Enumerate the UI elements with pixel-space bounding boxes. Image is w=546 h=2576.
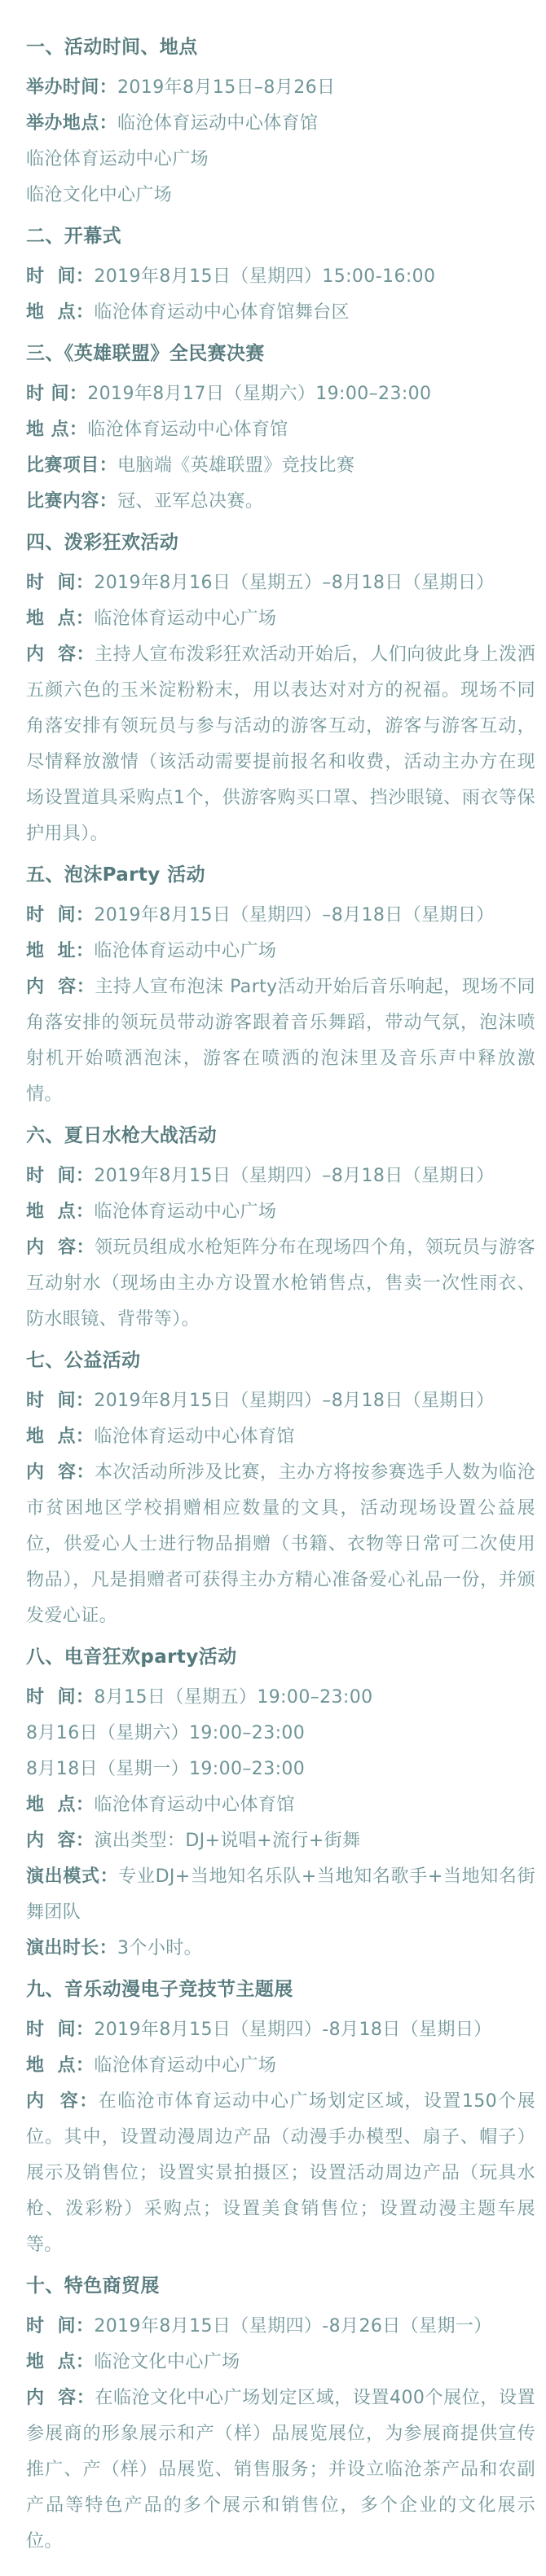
row-label: 内 容：	[26, 1831, 94, 1851]
row-label: 比赛项目：	[26, 455, 117, 476]
section-title: 一、活动时间、地点	[26, 24, 535, 70]
row-value: 2019年8月15日（星期四）–8月18日（星期日）	[94, 905, 494, 925]
row-value: 8月16日（星期六）19:00–23:00	[26, 1723, 305, 1743]
row-label: 地 点：	[26, 1426, 94, 1447]
info-row: 内 容：演出类型：DJ+说唱+流行+街舞	[26, 1823, 535, 1859]
row-label: 时 间：	[26, 2020, 94, 2040]
info-row: 地 点：临沧体育运动中心广场	[26, 601, 535, 637]
row-label: 地 点：	[26, 302, 94, 323]
info-row: 时 间：2019年8月16日（星期五）–8月18日（星期日）	[26, 565, 535, 601]
info-row: 时 间：2019年8月15日（星期四）–8月18日（星期日）	[26, 1158, 535, 1194]
row-label: 比赛内容：	[26, 491, 117, 512]
info-row: 内 容：在临沧文化中心广场划定区域，设置400个展位，设置参展商的形象展示和产（…	[26, 2380, 535, 2560]
info-row: 举办时间：2019年8月15日–8月26日	[26, 70, 535, 106]
info-row: 地 点：临沧体育运动中心体育馆	[26, 1419, 535, 1455]
info-row: 内 容：领玩员组成水枪矩阵分布在现场四个角，领玩员与游客互动射水（现场由主办方设…	[26, 1230, 535, 1338]
info-row: 地 点：临沧文化中心广场	[26, 2345, 535, 2380]
event-section-4: 四、泼彩狂欢活动 时 间：2019年8月16日（星期五）–8月18日（星期日）地…	[26, 520, 535, 852]
info-row: 时 间：8月15日（星期五）19:00–23:00	[26, 1680, 535, 1716]
info-row: 地 点：临沧体育运动中心体育馆	[26, 412, 535, 448]
row-value: 8月15日（星期五）19:00–23:00	[94, 1687, 372, 1708]
info-row: 地 点：临沧体育运动中心广场	[26, 2048, 535, 2084]
info-row: 演出时长：3个小时。	[26, 1931, 535, 1967]
row-label: 内 容：	[26, 977, 95, 997]
info-row: 时 间：2019年8月15日（星期四）-8月26日（星期一）	[26, 2309, 535, 2345]
row-label: 内 容：	[26, 2091, 99, 2112]
row-value: 3个小时。	[117, 1938, 202, 1958]
row-label: 地 点：	[26, 1202, 94, 1222]
section-title: 五、泡沫Party 活动	[26, 852, 535, 898]
event-section-1: 一、活动时间、地点 举办时间：2019年8月15日–8月26日举办地点：临沧体育…	[26, 24, 535, 213]
section-title: 三、《英雄联盟》全民赛决赛	[26, 331, 535, 376]
row-value: 临沧体育运动中心体育馆	[117, 113, 318, 134]
row-value: 2019年8月17日（星期六）19:00–23:00	[87, 384, 431, 404]
row-label: 演出模式：	[26, 1866, 118, 1887]
section-rows: 时 间：2019年8月15日（星期四）–8月18日（星期日）地 点：临沧体育运动…	[26, 1383, 535, 1634]
info-row: 比赛项目：电脑端《英雄联盟》竞技比赛	[26, 448, 535, 484]
event-section-3: 三、《英雄联盟》全民赛决赛 时 间：2019年8月17日（星期六）19:00–2…	[26, 331, 535, 520]
section-rows: 时 间：2019年8月16日（星期五）–8月18日（星期日）地 点：临沧体育运动…	[26, 565, 535, 852]
info-row: 内 容：本次活动所涉及比赛，主办方将按参赛选手人数为临沧市贫困地区学校捐赠相应数…	[26, 1455, 535, 1634]
info-row: 临沧体育运动中心广场	[26, 142, 535, 178]
row-label: 时 间：	[26, 905, 94, 925]
row-value: 临沧体育运动中心体育馆	[94, 1426, 294, 1447]
info-row: 地 点：临沧体育运动中心体育馆	[26, 1787, 535, 1823]
section-rows: 时 间：2019年8月15日（星期四）-8月18日（星期日）地 点：临沧体育运动…	[26, 2012, 535, 2263]
row-value: 在临沧文化中心广场划定区域，设置400个展位，设置参展商的形象展示和产（样）品展…	[26, 2388, 535, 2552]
row-value: 本次活动所涉及比赛，主办方将按参赛选手人数为临沧市贫困地区学校捐赠相应数量的文具…	[26, 1462, 535, 1626]
row-value: 临沧文化中心广场	[26, 185, 172, 205]
info-row: 时 间：2019年8月17日（星期六）19:00–23:00	[26, 376, 535, 412]
row-label: 内 容：	[26, 2388, 95, 2408]
info-row: 地 点：临沧体育运动中心广场	[26, 1194, 535, 1230]
info-row: 举办地点：临沧体育运动中心体育馆	[26, 106, 535, 142]
section-rows: 时 间：2019年8月15日（星期四）-8月26日（星期一）地 点：临沧文化中心…	[26, 2309, 535, 2560]
row-value: 2019年8月15日（星期四）–8月18日（星期日）	[94, 1391, 494, 1411]
row-label: 举办时间：	[26, 77, 117, 98]
row-label: 地 点：	[26, 609, 94, 629]
section-title: 十、特色商贸展	[26, 2263, 535, 2309]
row-label: 演出时长：	[26, 1938, 117, 1958]
info-row: 8月16日（星期六）19:00–23:00	[26, 1716, 535, 1752]
event-section-6: 六、夏日水枪大战活动 时 间：2019年8月15日（星期四）–8月18日（星期日…	[26, 1113, 535, 1338]
info-row: 地 址：临沧体育运动中心广场	[26, 934, 535, 969]
row-label: 时 间：	[26, 266, 94, 287]
section-title: 六、夏日水枪大战活动	[26, 1113, 535, 1158]
section-rows: 时 间：2019年8月15日（星期四）–8月18日（星期日）地 址：临沧体育运动…	[26, 898, 535, 1113]
row-value: 临沧体育运动中心广场	[94, 941, 276, 961]
section-title: 七、公益活动	[26, 1338, 535, 1383]
info-row: 临沧文化中心广场	[26, 178, 535, 213]
row-label: 时 间：	[26, 1391, 94, 1411]
row-value: 临沧体育运动中心广场	[94, 1202, 276, 1222]
event-section-8: 八、电音狂欢party活动 时 间：8月15日（星期五）19:00–23:008…	[26, 1634, 535, 1967]
row-value: 演出类型：DJ+说唱+流行+街舞	[94, 1831, 360, 1851]
row-label: 举办地点：	[26, 113, 117, 134]
event-section-7: 七、公益活动 时 间：2019年8月15日（星期四）–8月18日（星期日）地 点…	[26, 1338, 535, 1634]
info-row: 内 容：主持人宣布泼彩狂欢活动开始后，人们向彼此身上泼洒五颜六色的玉米淀粉粉末，…	[26, 637, 535, 852]
row-value: 临沧体育运动中心广场	[94, 609, 276, 629]
event-section-9: 九、音乐动漫电子竞技节主题展 时 间：2019年8月15日（星期四）-8月18日…	[26, 1967, 535, 2263]
row-value: 临沧体育运动中心体育馆	[94, 1795, 294, 1815]
row-value: 8月18日（星期一）19:00–23:00	[26, 1759, 305, 1779]
info-row: 时 间：2019年8月15日（星期四）-8月18日（星期日）	[26, 2012, 535, 2048]
article-body: 一、活动时间、地点 举办时间：2019年8月15日–8月26日举办地点：临沧体育…	[0, 0, 546, 2576]
row-value: 主持人宣布泡沫 Party活动开始后音乐响起，现场不同角落安排的领玩员带动游客跟…	[26, 977, 535, 1105]
row-value: 临沧体育运动中心广场	[94, 2055, 276, 2076]
row-value: 2019年8月16日（星期五）–8月18日（星期日）	[94, 573, 494, 593]
section-rows: 时 间：2019年8月17日（星期六）19:00–23:00地 点：临沧体育运动…	[26, 376, 535, 520]
section-rows: 举办时间：2019年8月15日–8月26日举办地点：临沧体育运动中心体育馆临沧体…	[26, 70, 535, 213]
row-value: 在临沧市体育运动中心广场划定区域，设置150个展位。其中，设置动漫周边产品（动漫…	[26, 2091, 535, 2255]
row-label: 时 间：	[26, 573, 94, 593]
row-value: 临沧体育运动中心体育馆	[87, 420, 288, 440]
row-label: 内 容：	[26, 1462, 95, 1483]
section-rows: 时 间：8月15日（星期五）19:00–23:008月16日（星期六）19:00…	[26, 1680, 535, 1967]
event-section-2: 二、开幕式 时 间：2019年8月15日（星期四）15:00-16:00地 点：…	[26, 213, 535, 331]
row-value: 临沧体育运动中心广场	[26, 149, 209, 169]
row-label: 时 间：	[26, 2316, 94, 2336]
row-label: 时 间：	[26, 384, 87, 404]
row-value: 2019年8月15日（星期四）-8月26日（星期一）	[94, 2316, 491, 2336]
row-label: 地 址：	[26, 941, 94, 961]
info-row: 时 间：2019年8月15日（星期四）15:00-16:00	[26, 259, 535, 295]
section-rows: 时 间：2019年8月15日（星期四）–8月18日（星期日）地 点：临沧体育运动…	[26, 1158, 535, 1338]
event-section-5: 五、泡沫Party 活动 时 间：2019年8月15日（星期四）–8月18日（星…	[26, 852, 535, 1113]
row-label: 地 点：	[26, 2055, 94, 2076]
row-value: 2019年8月15日（星期四）–8月18日（星期日）	[94, 1166, 494, 1186]
row-value: 领玩员组成水枪矩阵分布在现场四个角，领玩员与游客互动射水（现场由主办方设置水枪销…	[26, 1237, 535, 1330]
info-row: 时 间：2019年8月15日（星期四）–8月18日（星期日）	[26, 898, 535, 934]
info-row: 演出模式：专业DJ+当地知名乐队+当地知名歌手+当地知名街舞团队	[26, 1859, 535, 1931]
row-value: 临沧体育运动中心体育馆舞台区	[94, 302, 350, 323]
section-title: 八、电音狂欢party活动	[26, 1634, 535, 1680]
row-value: 2019年8月15日（星期四）-8月18日（星期日）	[94, 2020, 491, 2040]
info-row: 8月18日（星期一）19:00–23:00	[26, 1752, 535, 1787]
event-section-10: 十、特色商贸展 时 间：2019年8月15日（星期四）-8月26日（星期一）地 …	[26, 2263, 535, 2560]
row-value: 临沧文化中心广场	[94, 2352, 240, 2372]
section-title: 二、开幕式	[26, 213, 535, 259]
row-value: 冠、亚军总决赛。	[117, 491, 263, 512]
row-label: 地 点：	[26, 420, 87, 440]
row-label: 内 容：	[26, 1237, 95, 1258]
row-label: 内 容：	[26, 644, 95, 665]
info-row: 比赛内容：冠、亚军总决赛。	[26, 484, 535, 520]
section-rows: 时 间：2019年8月15日（星期四）15:00-16:00地 点：临沧体育运动…	[26, 259, 535, 331]
row-label: 地 点：	[26, 1795, 94, 1815]
row-value: 电脑端《英雄联盟》竞技比赛	[117, 455, 354, 476]
info-row: 内 容：在临沧市体育运动中心广场划定区域，设置150个展位。其中，设置动漫周边产…	[26, 2084, 535, 2263]
section-title: 九、音乐动漫电子竞技节主题展	[26, 1967, 535, 2012]
row-value: 主持人宣布泼彩狂欢活动开始后，人们向彼此身上泼洒五颜六色的玉米淀粉粉末，用以表达…	[26, 644, 535, 844]
row-value: 2019年8月15日–8月26日	[117, 77, 335, 98]
info-row: 时 间：2019年8月15日（星期四）–8月18日（星期日）	[26, 1383, 535, 1419]
info-row: 内 容：主持人宣布泡沫 Party活动开始后音乐响起，现场不同角落安排的领玩员带…	[26, 969, 535, 1113]
info-row: 地 点：临沧体育运动中心体育馆舞台区	[26, 295, 535, 331]
row-label: 时 间：	[26, 1166, 94, 1186]
row-label: 时 间：	[26, 1687, 94, 1708]
section-title: 四、泼彩狂欢活动	[26, 520, 535, 565]
row-value: 2019年8月15日（星期四）15:00-16:00	[94, 266, 435, 287]
sections-container: 一、活动时间、地点 举办时间：2019年8月15日–8月26日举办地点：临沧体育…	[26, 24, 535, 2560]
row-label: 地 点：	[26, 2352, 94, 2372]
